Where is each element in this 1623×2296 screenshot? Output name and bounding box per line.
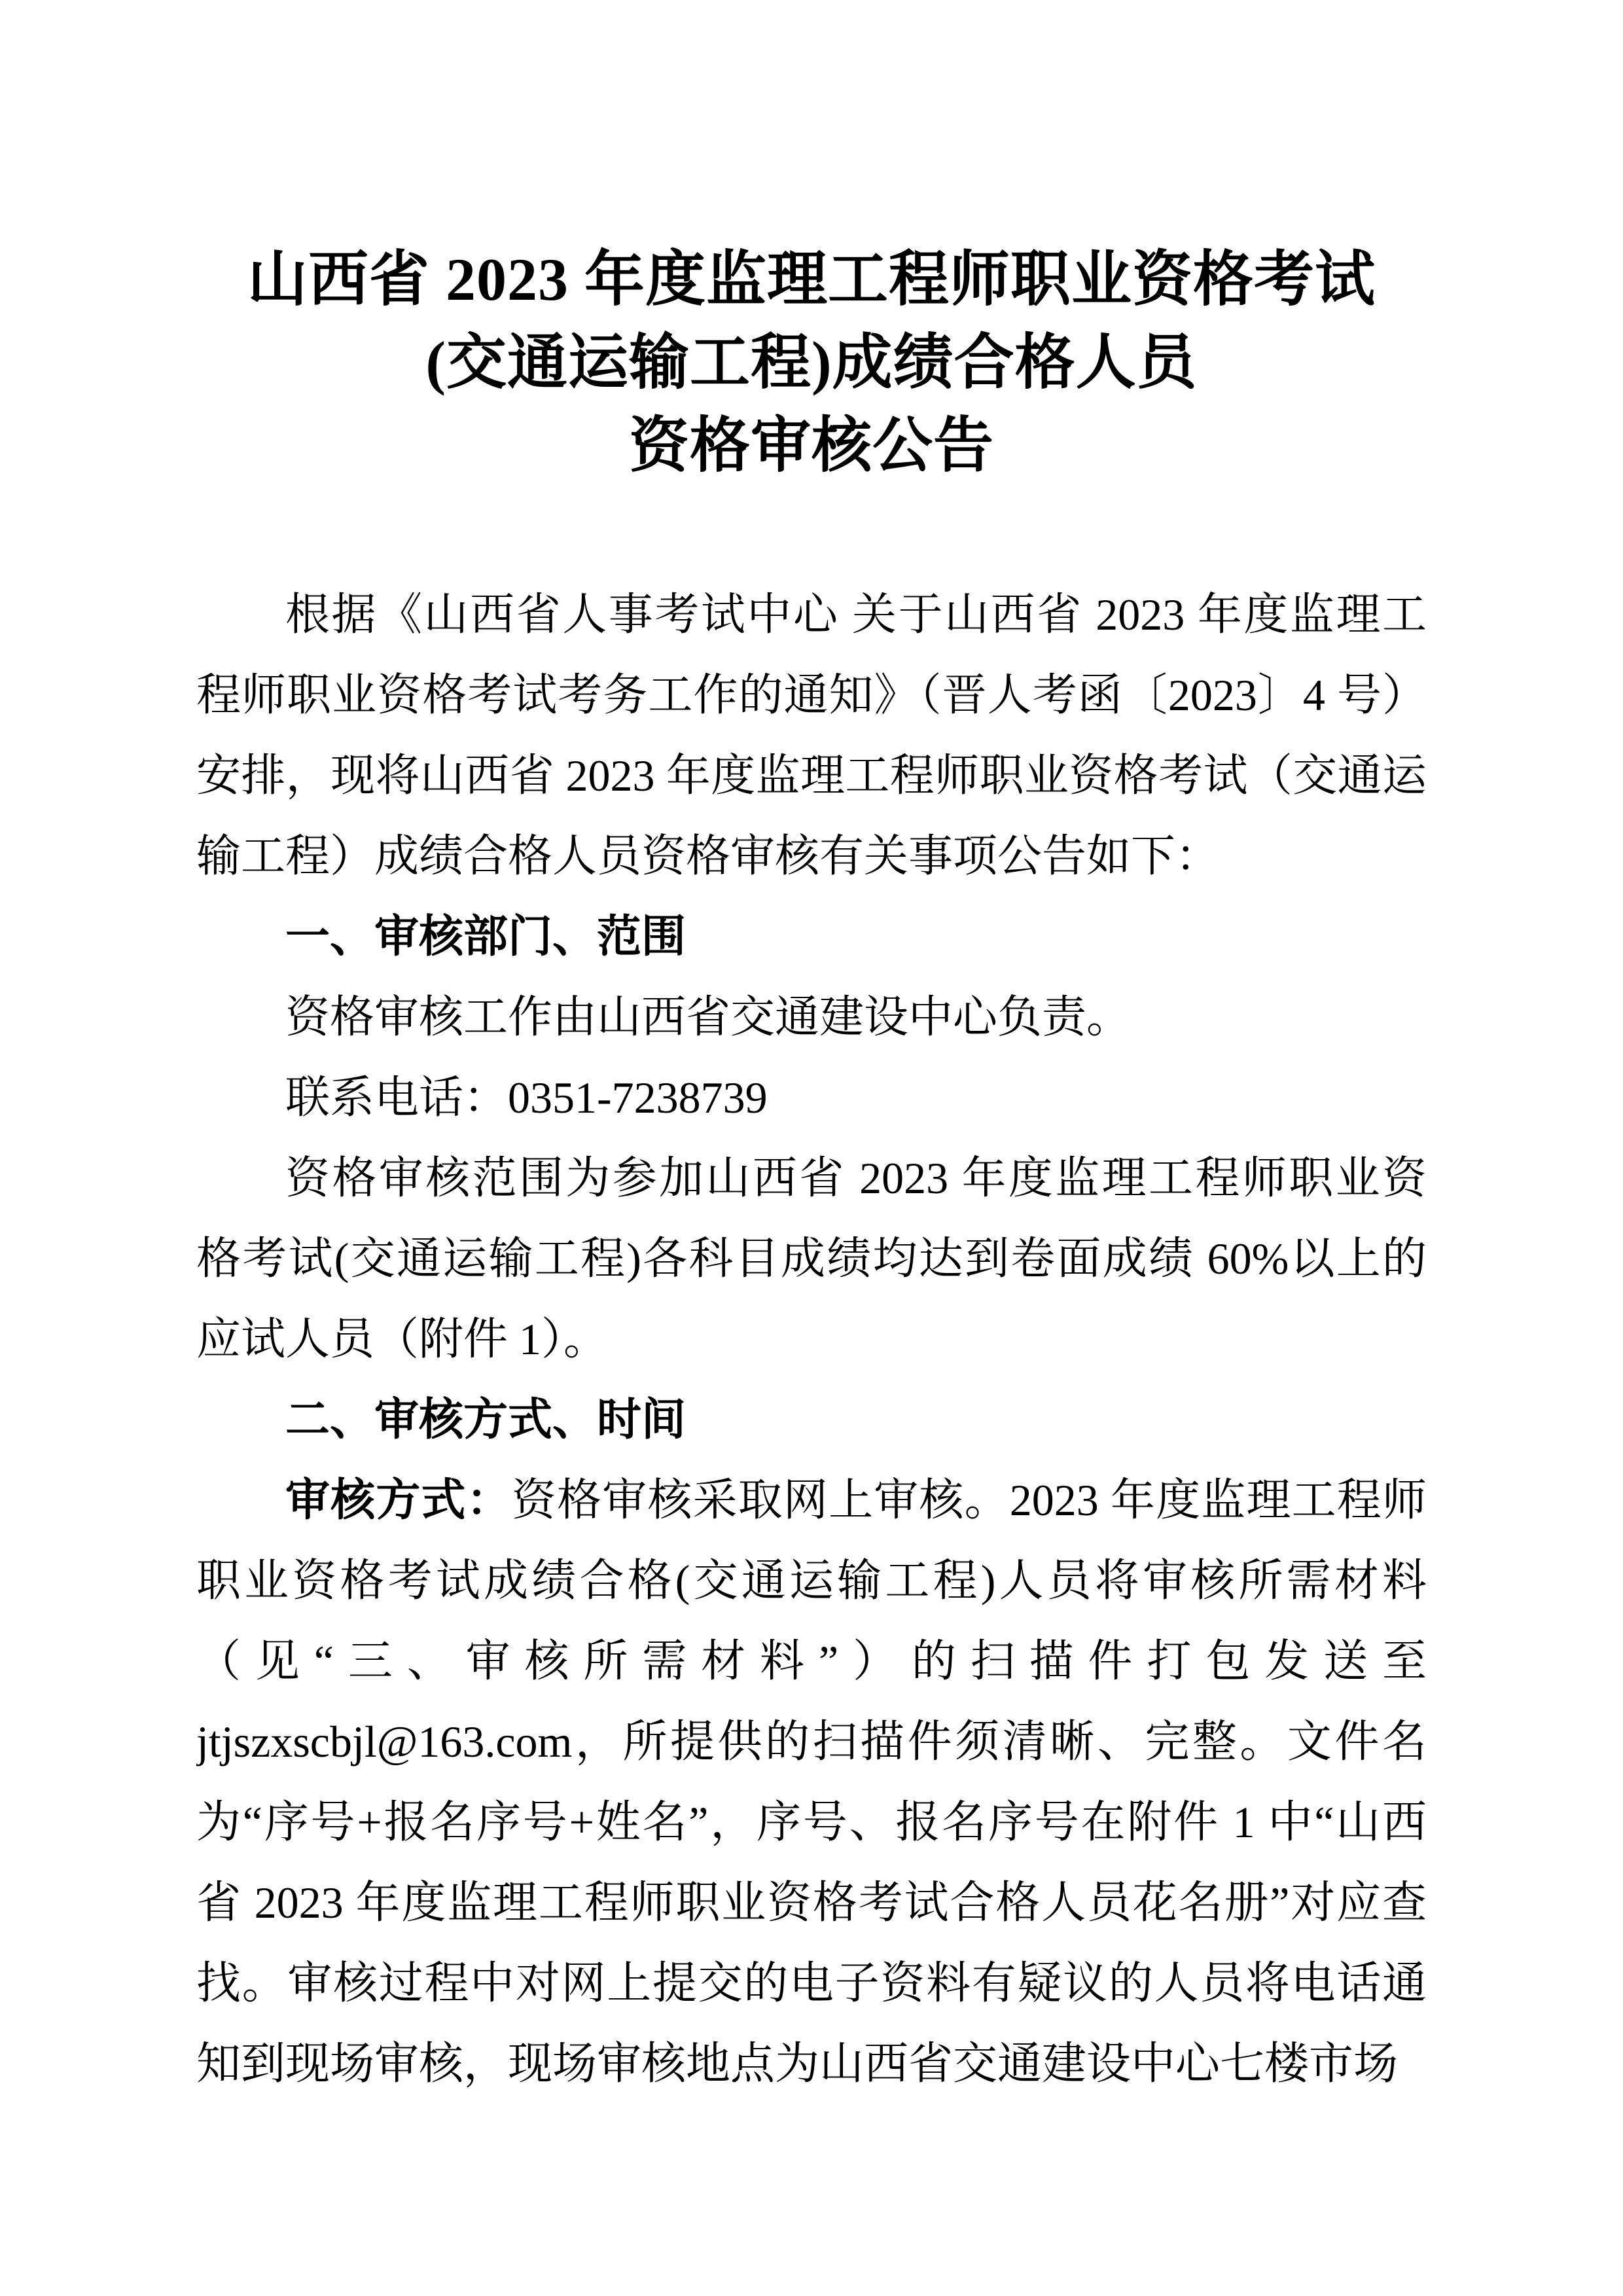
text-run: 根据《山西省人事考试中心 关于山西省 2023 年度监理工 <box>285 590 1427 639</box>
body-line: 应试人员（附件 1）。 <box>196 1299 1427 1380</box>
text-run: 格考试(交通运输工程)各科目成绩均达到卷面成绩 60%以上的 <box>196 1234 1427 1283</box>
document-title-line: 山西省 2023 年度监理工程师职业资格考试 <box>196 238 1427 321</box>
body-line: 格考试(交通运输工程)各科目成绩均达到卷面成绩 60%以上的 <box>196 1219 1427 1299</box>
body-line: 为“序号+报名序号+姓名”，序号、报名序号在附件 1 中“山西 <box>196 1782 1427 1863</box>
text-run: 为“序号+报名序号+姓名”，序号、报名序号在附件 1 中“山西 <box>196 1797 1427 1847</box>
body-line: 职业资格考试成绩合格(交通运输工程)人员将审核所需材料 <box>196 1541 1427 1621</box>
body-line: 程师职业资格考试考务工作的通知》（晋人考函〔2023〕4 号） <box>196 655 1427 736</box>
body-line: 审核方式：资格审核采取网上审核。2023 年度监理工程师 <box>196 1460 1427 1541</box>
text-run: 安排，现将山西省 2023 年度监理工程师职业资格考试（交通运 <box>196 751 1427 800</box>
bold-run: 审核方式： <box>285 1475 512 1525</box>
body-line: （见“三、审核所需材料”）的扫描件打包发送至 <box>196 1621 1427 1702</box>
document-page: 山西省 2023 年度监理工程师职业资格考试 (交通运输工程)成绩合格人员 资格… <box>0 0 1623 2296</box>
document-title-line: 资格审核公告 <box>196 404 1427 488</box>
text-run: 省 2023 年度监理工程师职业资格考试合格人员花名册”对应查 <box>196 1878 1427 1928</box>
document-title: 山西省 2023 年度监理工程师职业资格考试 (交通运输工程)成绩合格人员 资格… <box>196 238 1427 488</box>
text-run: 二、审核方式、时间 <box>285 1395 686 1444</box>
text-run: 职业资格考试成绩合格(交通运输工程)人员将审核所需材料 <box>196 1556 1427 1605</box>
text-run: 程师职业资格考试考务工作的通知》（晋人考函〔2023〕4 号） <box>196 670 1427 720</box>
body-line: jtjszxscbjl@163.com，所提供的扫描件须清晰、完整。文件名 <box>196 1702 1427 1782</box>
body-line: 安排，现将山西省 2023 年度监理工程师职业资格考试（交通运 <box>196 736 1427 816</box>
text-run: 应试人员（附件 1）。 <box>196 1314 608 1364</box>
body-line: 省 2023 年度监理工程师职业资格考试合格人员花名册”对应查 <box>196 1863 1427 1943</box>
text-run: 资格审核工作由山西省交通建设中心负责。 <box>285 992 1131 1042</box>
body-line: 资格审核工作由山西省交通建设中心负责。 <box>196 977 1427 1058</box>
text-run: 知到现场审核，现场审核地点为山西省交通建设中心七楼市场 <box>196 2039 1398 2089</box>
section-heading: 二、审核方式、时间 <box>196 1380 1427 1460</box>
body-line: 输工程）成绩合格人员资格审核有关事项公告如下： <box>196 816 1427 897</box>
text-run: 联系电话：0351-7238739 <box>285 1073 768 1122</box>
text-run: 资格审核范围为参加山西省 2023 年度监理工程师职业资 <box>285 1153 1427 1203</box>
section-heading: 一、审核部门、范围 <box>196 897 1427 977</box>
text-run: 找。审核过程中对网上提交的电子资料有疑议的人员将电话通 <box>196 1958 1427 2008</box>
body-line: 资格审核范围为参加山西省 2023 年度监理工程师职业资 <box>196 1138 1427 1219</box>
body-block: 根据《山西省人事考试中心 关于山西省 2023 年度监理工程师职业资格考试考务工… <box>196 575 1427 2104</box>
body-line: 知到现场审核，现场审核地点为山西省交通建设中心七楼市场 <box>196 2024 1427 2104</box>
text-run: 输工程）成绩合格人员资格审核有关事项公告如下： <box>196 831 1220 881</box>
text-run: jtjszxscbjl@163.com，所提供的扫描件须清晰、完整。文件名 <box>196 1717 1427 1767</box>
text-run: 一、审核部门、范围 <box>285 912 686 961</box>
text-run: 资格审核采取网上审核。2023 年度监理工程师 <box>512 1475 1427 1525</box>
body-line: 根据《山西省人事考试中心 关于山西省 2023 年度监理工 <box>196 575 1427 655</box>
body-line: 找。审核过程中对网上提交的电子资料有疑议的人员将电话通 <box>196 1943 1427 2024</box>
document-title-line: (交通运输工程)成绩合格人员 <box>196 321 1427 404</box>
text-run: （见“三、审核所需材料”）的扫描件打包发送至 <box>196 1636 1427 1686</box>
body-line: 联系电话：0351-7238739 <box>196 1058 1427 1138</box>
